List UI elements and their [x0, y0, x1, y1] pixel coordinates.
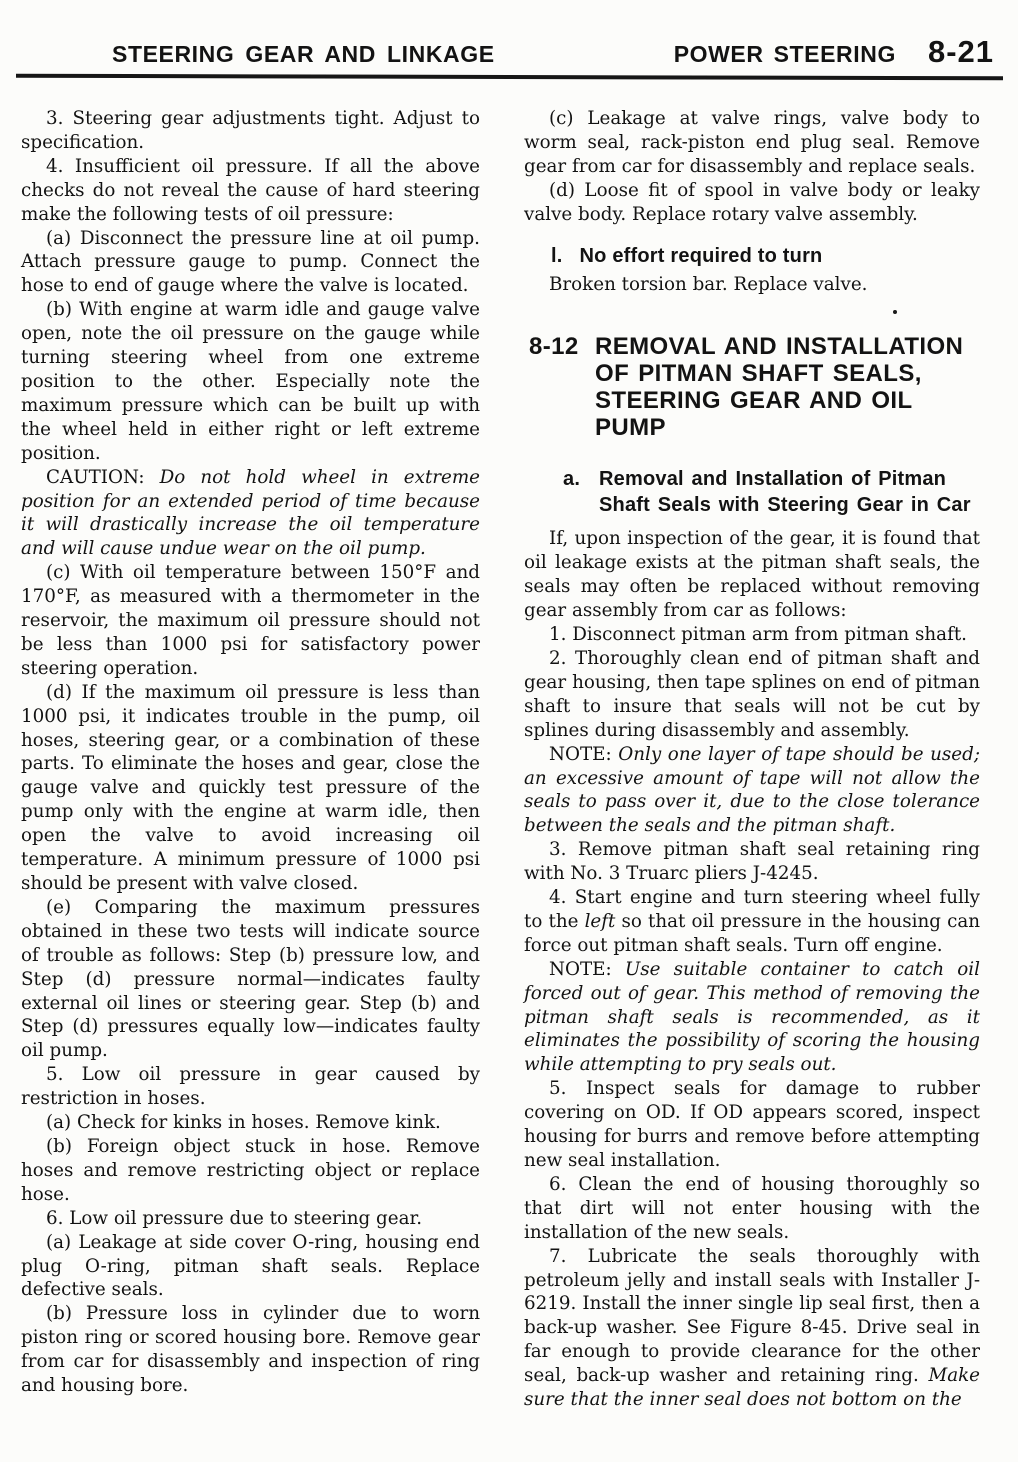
right-column: (c) Leakage at valve rings, valve body t…	[524, 107, 980, 1412]
paragraph: 1. Disconnect pitman arm from pitman sha…	[524, 623, 980, 647]
caution-paragraph: CAUTION: Do not hold wheel in extreme po…	[21, 466, 480, 562]
subsection-letter: a.	[563, 466, 599, 518]
paragraph: 4. Insufficient oil pressure. If all the…	[21, 155, 480, 227]
text-segment: 6. Clean the end of housing thoroughly s…	[524, 1174, 980, 1243]
text-segment: (e) Comparing the maximum pressures obta…	[21, 897, 480, 1061]
section-heading: 8-12REMOVAL AND INSTALLATIONOF PITMAN SH…	[529, 333, 980, 441]
text-segment: 4. Insufficient oil pressure. If all the…	[21, 156, 480, 225]
paragraph: 4. Start engine and turn steering wheel …	[524, 886, 980, 958]
text-segment: 1. Disconnect pitman arm from pitman sha…	[549, 624, 967, 645]
text-segment: 2. Thoroughly clean end of pitman shaft …	[524, 648, 980, 741]
subsection-heading-line: Shaft Seals with Steering Gear in Car	[599, 492, 971, 518]
item-heading: l.No effort required to turn	[551, 244, 980, 268]
paragraph: (d) Loose fit of spool in valve body or …	[524, 179, 980, 227]
subsection-heading-line: Removal and Installation of Pitman	[599, 466, 971, 492]
paragraph: If, upon inspection of the gear, it is f…	[524, 527, 980, 623]
section-heading-line: STEERING GEAR AND OIL PUMP	[595, 387, 980, 441]
paragraph: 7. Lubricate the seals thoroughly with p…	[524, 1245, 980, 1412]
page-number: 8-21	[928, 34, 994, 70]
paragraph: 3. Steering gear adjustments tight. Adju…	[21, 107, 480, 155]
section-number: 8-12	[529, 333, 595, 441]
section-heading-line: REMOVAL AND INSTALLATION	[595, 333, 980, 360]
text-segment: 7. Lubricate the seals thoroughly with p…	[524, 1246, 980, 1387]
text-segment: NOTE:	[549, 744, 618, 765]
text-segment: 6. Low oil pressure due to steering gear…	[46, 1208, 422, 1229]
running-head-right: POWER STEERING 8-21	[674, 34, 998, 70]
paragraph: 5. Inspect seals for damage to rubber co…	[524, 1077, 980, 1173]
text-segment: NOTE:	[549, 959, 625, 980]
paragraph: Broken torsion bar. Replace valve.	[524, 273, 980, 297]
paragraph: (b) With engine at warm idle and gauge v…	[21, 298, 480, 465]
paragraph: (a) Leakage at side cover O-ring, housin…	[21, 1231, 480, 1303]
paragraph: 2. Thoroughly clean end of pitman shaft …	[524, 647, 980, 743]
paragraph: (b) Pressure loss in cylinder due to wor…	[21, 1302, 480, 1398]
paragraph: (d) If the maximum oil pressure is less …	[21, 681, 480, 896]
text-segment: (c) With oil temperature between 150°F a…	[21, 562, 480, 679]
section-heading-lines: REMOVAL AND INSTALLATIONOF PITMAN SHAFT …	[595, 333, 980, 441]
text-segment: (c) Leakage at valve rings, valve body t…	[524, 108, 980, 177]
running-head-left: STEERING GEAR AND LINKAGE	[112, 41, 495, 68]
left-column: 3. Steering gear adjustments tight. Adju…	[21, 107, 480, 1412]
text-segment: (d) If the maximum oil pressure is less …	[21, 682, 480, 894]
text-segment: (a) Check for kinks in hoses. Remove kin…	[46, 1112, 441, 1133]
running-head-section: POWER STEERING	[674, 41, 896, 68]
text-segment: 3. Remove pitman shaft seal retaining ri…	[524, 839, 980, 884]
section-heading-line: OF PITMAN SHAFT SEALS,	[595, 360, 980, 387]
item-letter: l.	[551, 245, 563, 267]
paragraph: 6. Low oil pressure due to steering gear…	[21, 1207, 480, 1231]
paragraph: 5. Low oil pressure in gear caused by re…	[21, 1063, 480, 1111]
note-paragraph: NOTE: Use suitable container to catch oi…	[524, 958, 980, 1078]
text-segment: Broken torsion bar. Replace valve.	[549, 274, 867, 295]
text-segment: If, upon inspection of the gear, it is f…	[524, 528, 980, 621]
item-heading-text: No effort required to turn	[580, 245, 823, 267]
paragraph: 6. Clean the end of housing thoroughly s…	[524, 1173, 980, 1245]
text-segment: (b) Pressure loss in cylinder due to wor…	[21, 1303, 480, 1396]
text-segment: 3. Steering gear adjustments tight. Adju…	[21, 108, 480, 153]
text-segment: 5. Low oil pressure in gear caused by re…	[21, 1064, 480, 1109]
text-segment: (a) Disconnect the pressure line at oil …	[21, 228, 480, 297]
page-header: STEERING GEAR AND LINKAGE POWER STEERING…	[0, 0, 1018, 70]
paragraph: 3. Remove pitman shaft seal retaining ri…	[524, 838, 980, 886]
paragraph: (c) Leakage at valve rings, valve body t…	[524, 107, 980, 179]
text-segment: (a) Leakage at side cover O-ring, housin…	[21, 1232, 480, 1301]
text-segment: CAUTION:	[46, 467, 160, 488]
text-segment: (b) Foreign object stuck in hose. Remove…	[21, 1136, 480, 1205]
text-segment: left	[585, 911, 616, 932]
text-segment: 5. Inspect seals for damage to rubber co…	[524, 1078, 980, 1171]
manual-page: STEERING GEAR AND LINKAGE POWER STEERING…	[0, 0, 1018, 1462]
text-segment: (d) Loose fit of spool in valve body or …	[524, 180, 980, 225]
paragraph: (b) Foreign object stuck in hose. Remove…	[21, 1135, 480, 1207]
stray-ink-dot	[893, 310, 897, 314]
two-column-body: 3. Steering gear adjustments tight. Adju…	[0, 79, 1018, 1412]
note-paragraph: NOTE: Only one layer of tape should be u…	[524, 743, 980, 839]
subsection-heading-lines: Removal and Installation of PitmanShaft …	[599, 466, 971, 518]
subsection-heading: a.Removal and Installation of PitmanShaf…	[563, 466, 980, 518]
paragraph: (e) Comparing the maximum pressures obta…	[21, 896, 480, 1063]
paragraph: (c) With oil temperature between 150°F a…	[21, 561, 480, 681]
paragraph: (a) Disconnect the pressure line at oil …	[21, 227, 480, 299]
text-segment: (b) With engine at warm idle and gauge v…	[21, 299, 480, 463]
paragraph: (a) Check for kinks in hoses. Remove kin…	[21, 1111, 480, 1135]
